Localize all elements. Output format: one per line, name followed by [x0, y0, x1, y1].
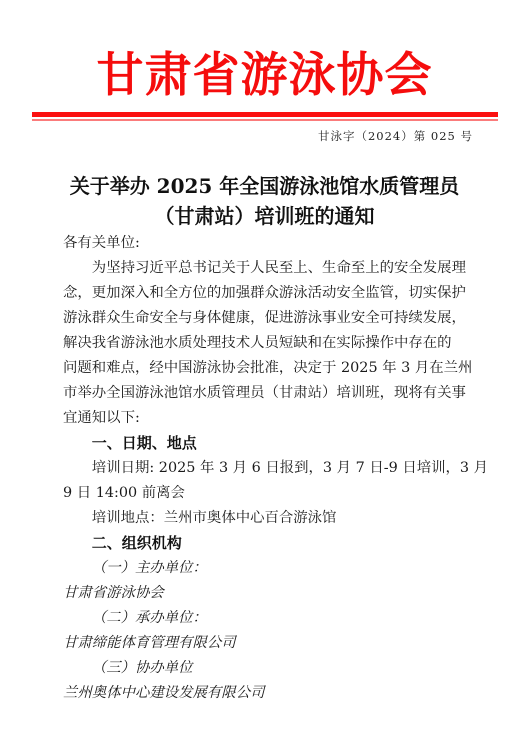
training-date-line2: 9 日 14:00 前离会: [63, 481, 466, 506]
organizer-unit-label: （二）承办单位：: [63, 606, 466, 631]
intro-paragraph-line: 解决我省游泳池水质处理技术人员短缺和在实际操作中存在的: [63, 331, 466, 356]
rule-thin-line: [32, 119, 498, 121]
intro-paragraph-line: 市举办全国游泳池馆水质管理员（甘肃站）培训班，现将有关事: [63, 381, 466, 406]
host-unit-label: （一）主办单位：: [63, 556, 466, 581]
intro-paragraph-line: 问题和难点，经中国游泳协会批准，决定于 2025 年 3 月在兰州: [63, 356, 466, 381]
intro-paragraph-line: 游泳群众生命安全与身体健康，促进游泳事业安全可持续发展，: [63, 306, 466, 331]
intro-paragraph-line: 念，更加深入和全方位的加强群众游泳活动安全监管，切实保护: [63, 281, 466, 306]
notice-body: 各有关单位: 为坚持习近平总书记关于人民至上、生命至上的安全发展理 念，更加深入…: [63, 231, 466, 706]
co-organizer-unit-name: 兰州奥体中心建设发展有限公司: [63, 681, 466, 706]
training-location-line: 培训地点：兰州市奥体中心百合游泳馆: [63, 506, 466, 531]
training-date-line1: 培训日期: 2025 年 3 月 6 日报到，3 月 7 日-9 日培训，3 月: [63, 456, 466, 481]
letterhead-double-rule: [32, 112, 498, 121]
document-page: 甘肃省游泳协会 甘泳字（2024）第 025 号 关于举办 2025 年全国游泳…: [0, 0, 529, 729]
intro-paragraph-line: 为坚持习近平总书记关于人民至上、生命至上的安全发展理: [63, 256, 466, 281]
salutation: 各有关单位:: [63, 231, 466, 256]
letterhead-org-title: 甘肃省游泳协会: [0, 52, 529, 99]
host-unit-name: 甘肃省游泳协会: [63, 581, 466, 606]
co-organizer-unit-label: （三）协办单位: [63, 656, 466, 681]
intro-paragraph-line: 宜通知以下:: [63, 406, 466, 431]
notice-title-line1: 关于举办 2025 年全国游泳池馆水质管理员: [0, 171, 529, 201]
document-number: 甘泳字（2024）第 025 号: [318, 128, 473, 144]
organizer-unit-name: 甘肃缔能体育管理有限公司: [63, 631, 466, 656]
section2-heading: 二、组织机构: [63, 531, 466, 556]
notice-title-line2: （甘肃站）培训班的通知: [0, 201, 529, 231]
notice-title: 关于举办 2025 年全国游泳池馆水质管理员 （甘肃站）培训班的通知: [0, 171, 529, 231]
section1-heading: 一、日期、地点: [63, 431, 466, 456]
